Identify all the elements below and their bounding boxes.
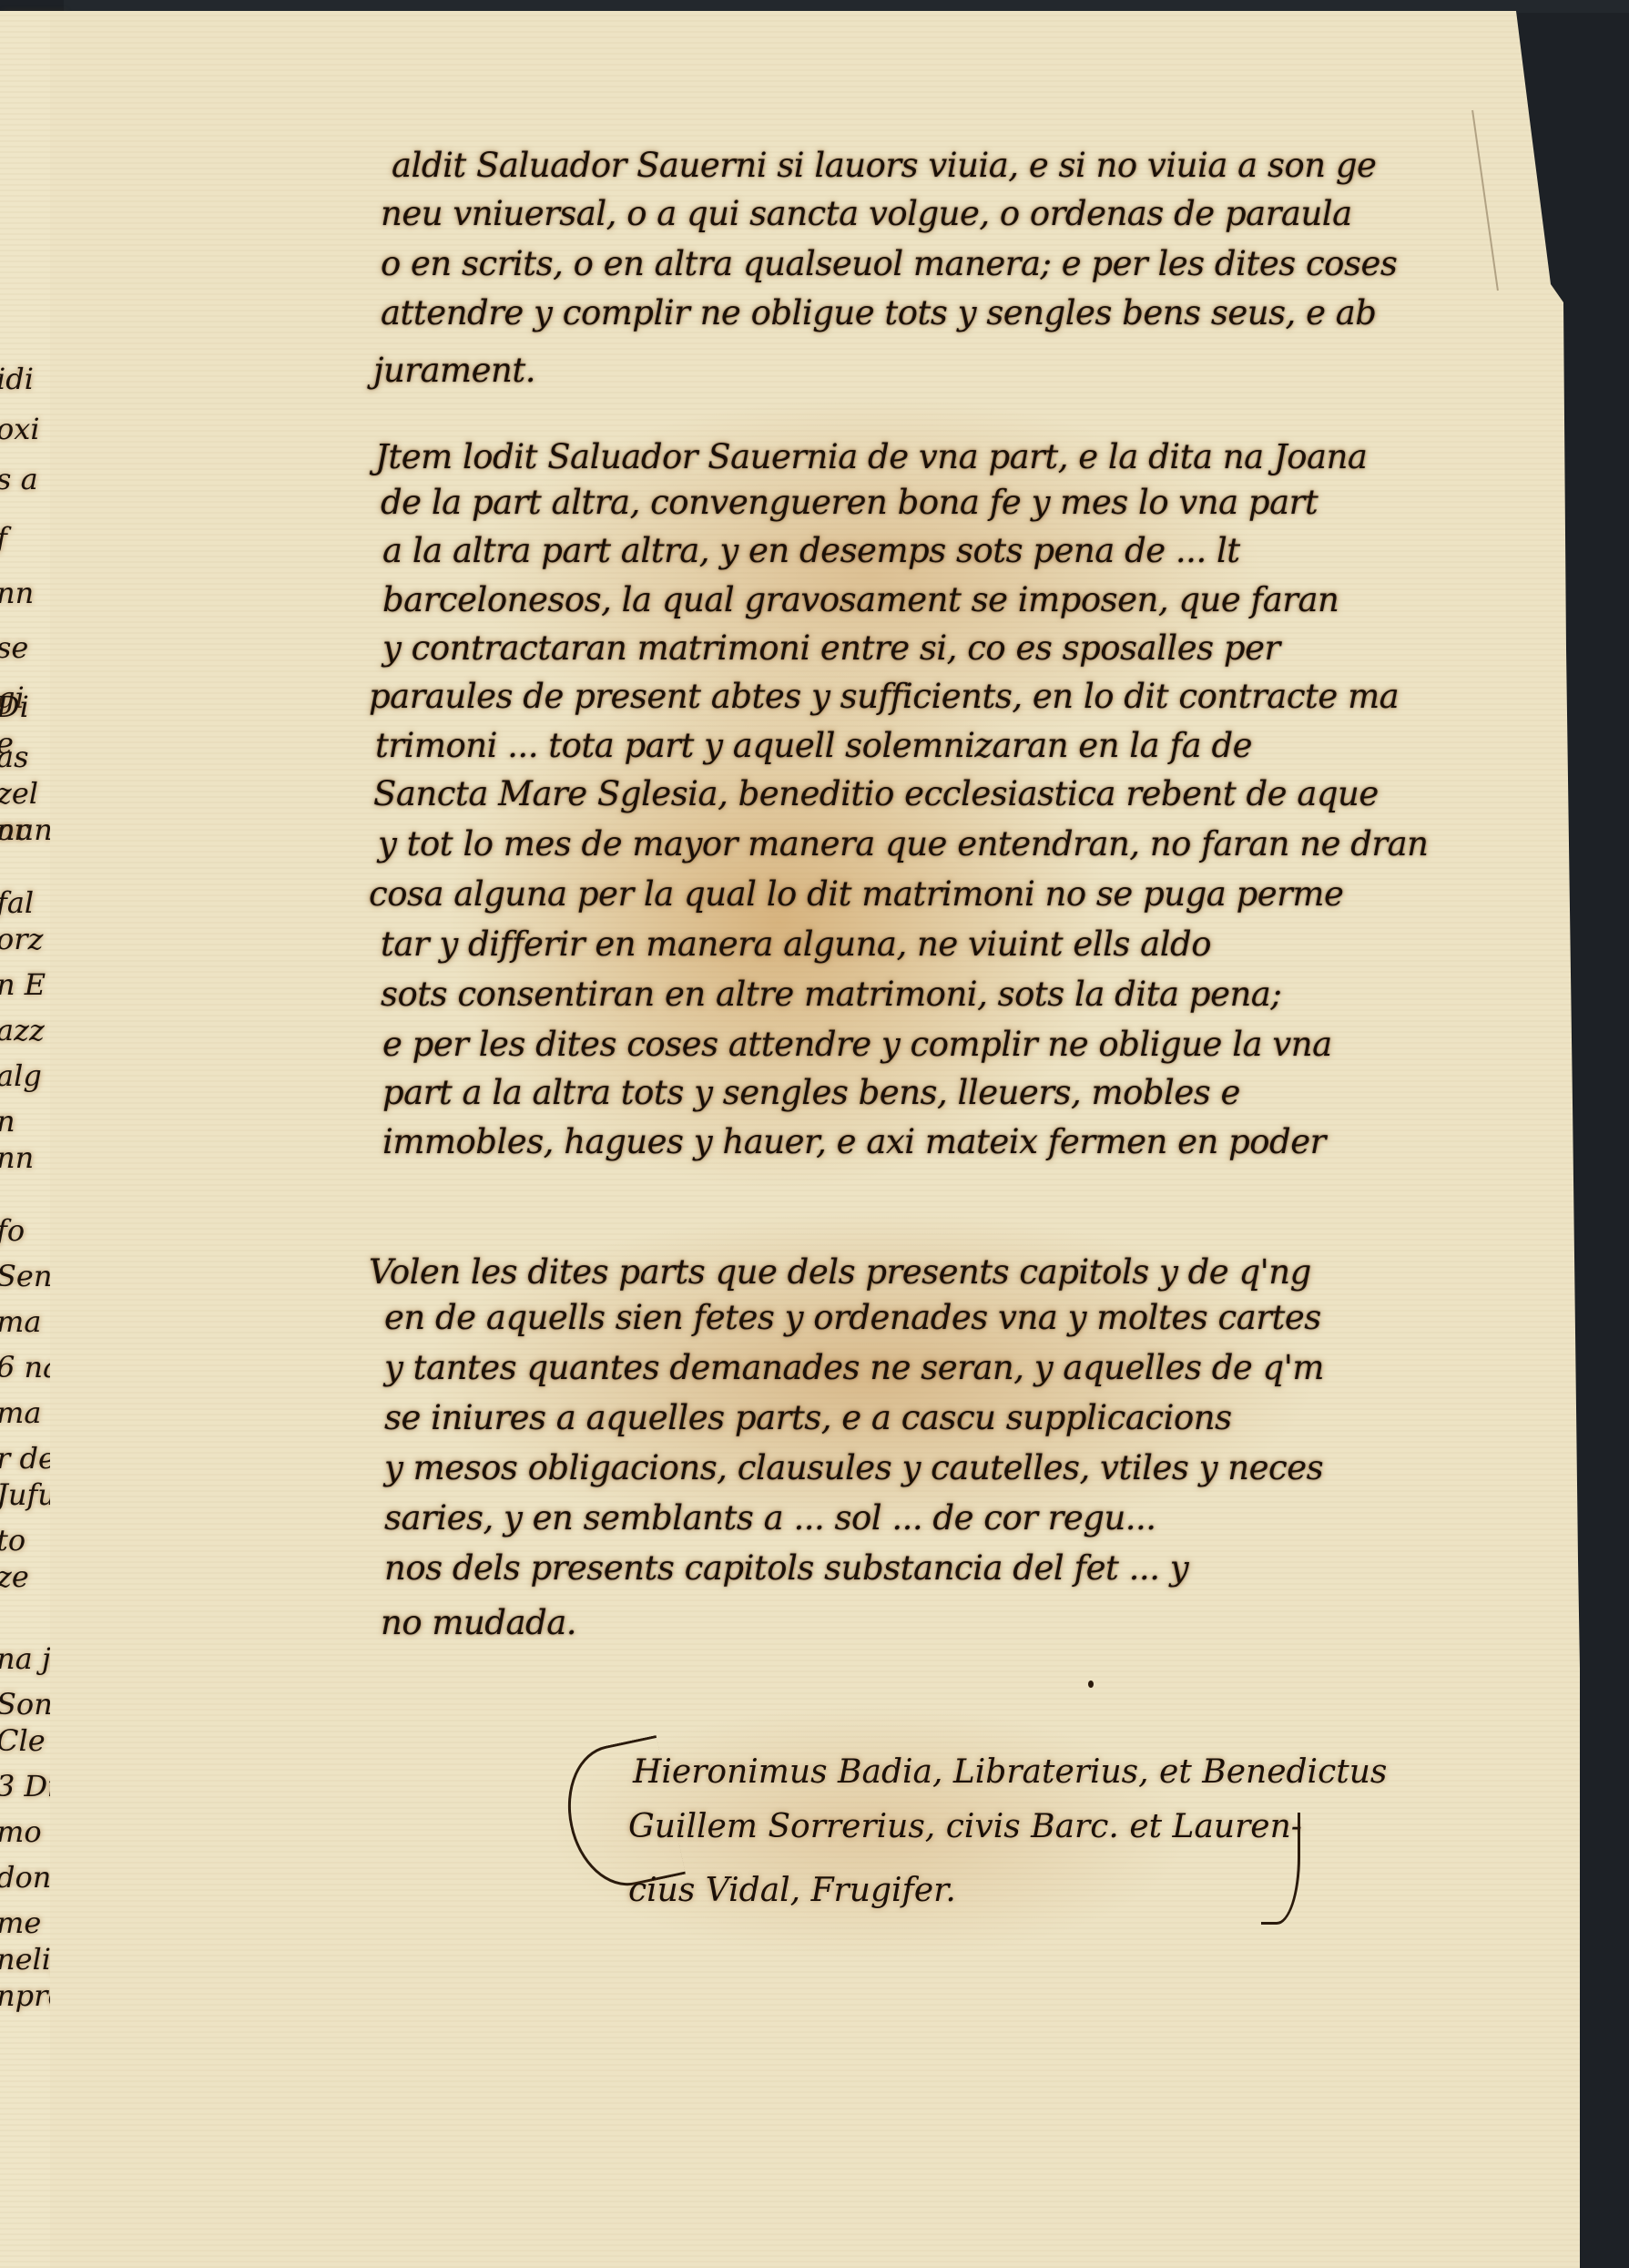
folio-fragment: ze: [0, 1559, 29, 1594]
manuscript-line: saries, y en semblants a ... sol ... de …: [384, 1498, 1156, 1538]
manuscript-line: immobles, hagues y hauer, e axi mateix f…: [382, 1122, 1326, 1161]
folio-fragment: zel: [0, 776, 38, 811]
folio-fragment: mo: [0, 1814, 42, 1849]
signature-line: Guillem Sorrerius, civis Barc. et Lauren…: [628, 1808, 1302, 1845]
folio-fragment: n E: [0, 967, 46, 1002]
manuscript-line: a la altra part altra, y en desemps sots…: [382, 531, 1240, 570]
folio-fragment: nn: [0, 576, 34, 610]
manuscript-line: se iniures a aquelles parts, e a cascu s…: [384, 1398, 1232, 1437]
manuscript-line: no mudada.: [381, 1603, 576, 1642]
folio-fragment: Cle: [0, 1723, 46, 1758]
manuscript-line: e per les dites coses attendre y complir…: [382, 1025, 1332, 1064]
folio-fragment: idi: [0, 362, 34, 396]
signature-line: cius Vidal, Frugifer.: [628, 1872, 956, 1909]
folio-fragment: se: [0, 630, 28, 665]
folio-fragment: n: [0, 1104, 15, 1139]
manuscript-line: nos dels presents capitols substancia de…: [384, 1548, 1188, 1588]
manuscript-line: y tot lo mes de mayor manera que entendr…: [378, 824, 1429, 863]
manuscript-line: trimoni ... tota part y aquell solemniza…: [375, 726, 1252, 765]
manuscript-line: en de aquells sien fetes y ordenades vna…: [384, 1298, 1321, 1337]
folio-fragment: to: [0, 1523, 25, 1558]
folio-fragment: fo: [0, 1213, 25, 1248]
folio-fragment: as: [0, 740, 29, 774]
manuscript-line: neu vniuersal, o a qui sancta volgue, o …: [381, 194, 1352, 233]
manuscript-line: cosa alguna per la qual lo dit matrimoni…: [369, 874, 1343, 914]
folio-fragment: ma: [0, 1304, 41, 1339]
folio-fragment: nun: [0, 812, 53, 847]
manuscript-line: barcelonesos, la qual gravosament se imp…: [382, 580, 1339, 619]
manuscript-line: Volen les dites parts que dels presents …: [369, 1252, 1311, 1292]
folio-fragment: don: [0, 1860, 51, 1895]
manuscript-line: Sancta Mare Sglesia, beneditio ecclesias…: [373, 774, 1379, 813]
folio-fragment: Son: [0, 1687, 53, 1721]
folio-fragment: 3 Di: [0, 1769, 56, 1803]
manuscript-line: y contractaran matrimoni entre si, co es…: [382, 628, 1280, 668]
folio-fragment: fal: [0, 885, 34, 920]
manuscript-line: sots consentiran en altre matrimoni, sot…: [381, 975, 1281, 1014]
manuscript-line: de la part altra, convengueren bona fe y…: [381, 483, 1318, 522]
ink-dot: [1088, 1681, 1094, 1688]
manuscript-line: o en scrits, o en altra qualseuol manera…: [381, 244, 1397, 283]
manuscript-line: aldit Saluador Sauerni si lauors viuia, …: [392, 146, 1484, 185]
manuscript-line: y tantes quantes demanades ne seran, y a…: [384, 1348, 1324, 1387]
manuscript-line: tar y differir en manera alguna, ne viui…: [381, 925, 1211, 964]
manuscript-line: paraules de present abtes y sufficients,…: [369, 677, 1399, 716]
folio-fragment: ma: [0, 1395, 41, 1430]
folio-fragment: f: [0, 521, 7, 556]
manuscript-line: part a la altra tots y sengles bens, lle…: [382, 1073, 1240, 1112]
manuscript-line: y mesos obligacions, clausules y cautell…: [384, 1448, 1323, 1487]
manuscript-line: attendre y complir ne obligue tots y sen…: [381, 293, 1376, 332]
folio-fragment: Di: [0, 690, 29, 724]
folio-fragment: orz: [0, 922, 43, 956]
scan-background-top: [64, 0, 1629, 13]
folio-fragment: nn: [0, 1140, 34, 1175]
signature-line: Hieronimus Badia, Libraterius, et Benedi…: [633, 1753, 1387, 1791]
folio-fragment: Jufu: [0, 1477, 56, 1512]
folio-fragment: s a: [0, 462, 38, 496]
folio-fragment: oxi: [0, 412, 40, 446]
manuscript-line: Jtem lodit Saluador Sauernia de vna part…: [375, 437, 1368, 476]
folio-fragment: azz: [0, 1013, 45, 1047]
folio-fragment: alg: [0, 1058, 42, 1093]
manuscript-line: jurament.: [373, 351, 535, 390]
folio-fragment: me: [0, 1905, 41, 1940]
